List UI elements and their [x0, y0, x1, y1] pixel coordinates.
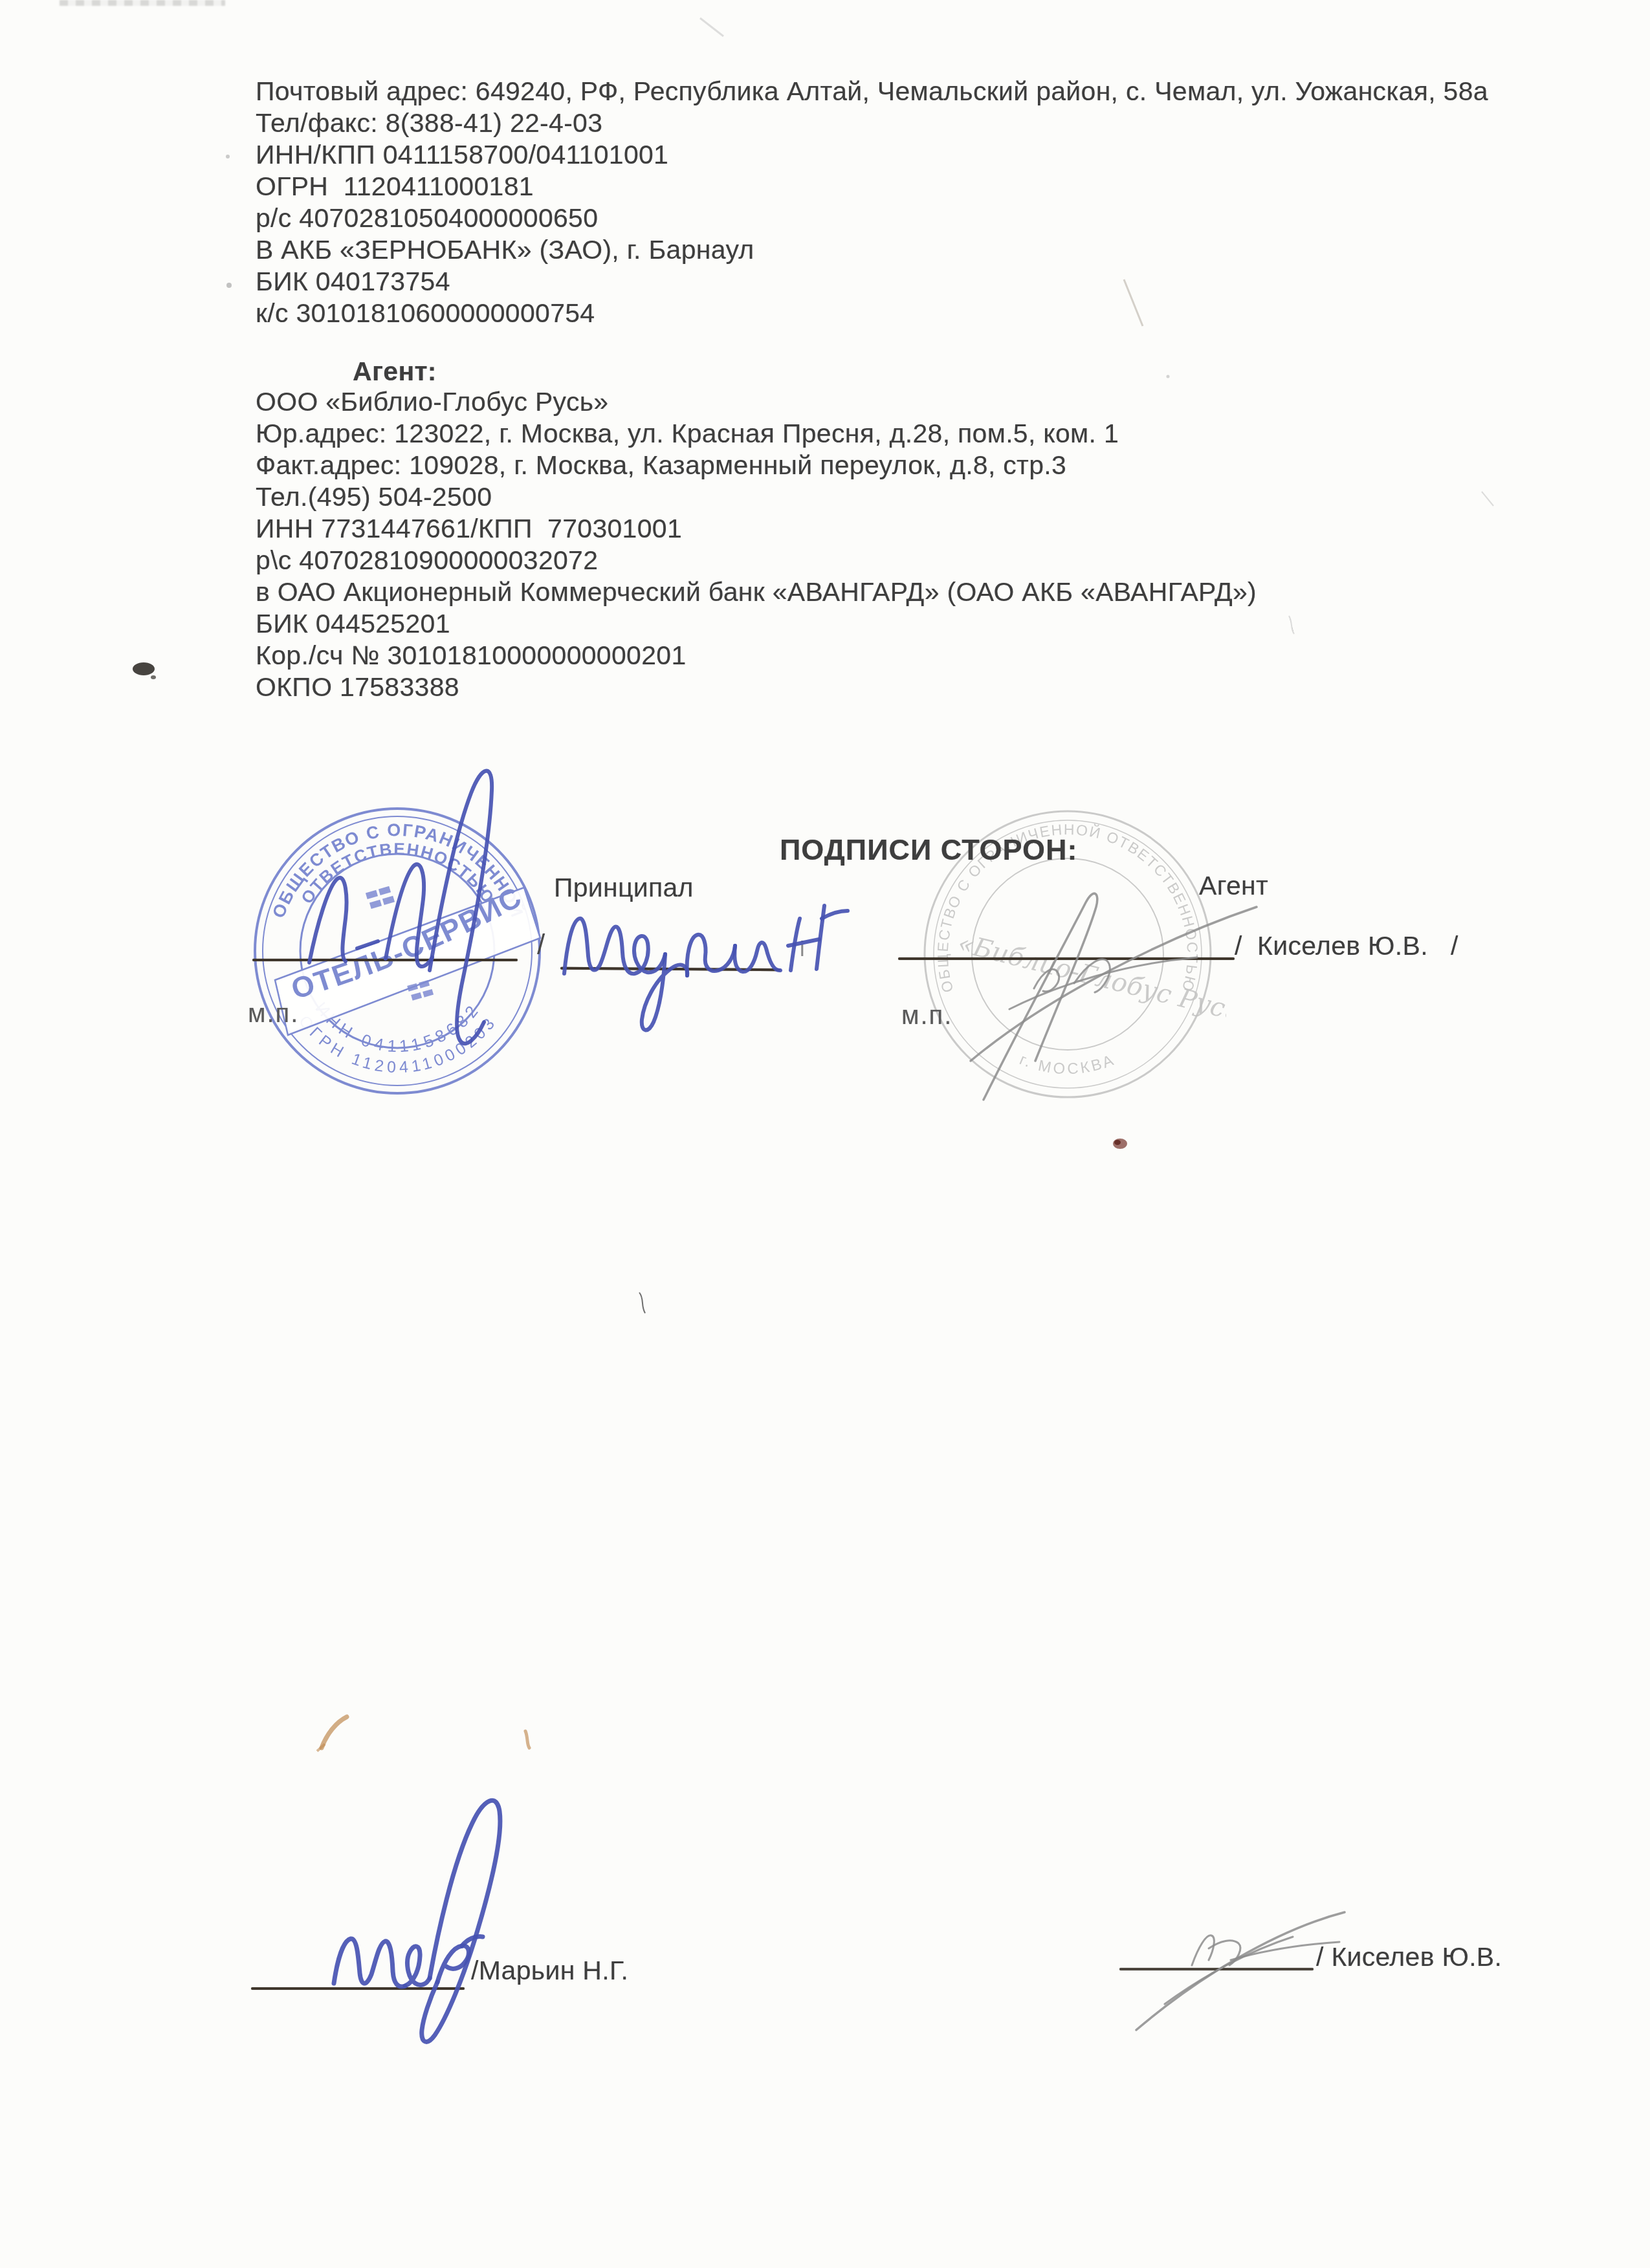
handwriting-overlay: [0, 0, 1650, 2268]
bottom-principal-signature-ink: [334, 1800, 500, 2042]
bottom-agent-signature-ink: [1136, 1912, 1345, 2030]
scanned-contract-page: Почтовый адрес: 649240, РФ, Республика А…: [0, 0, 1650, 2268]
principal-signature-ink: [309, 771, 848, 1044]
scan-artifacts: [133, 18, 1493, 1751]
agent-signature-ink: [971, 893, 1257, 1100]
